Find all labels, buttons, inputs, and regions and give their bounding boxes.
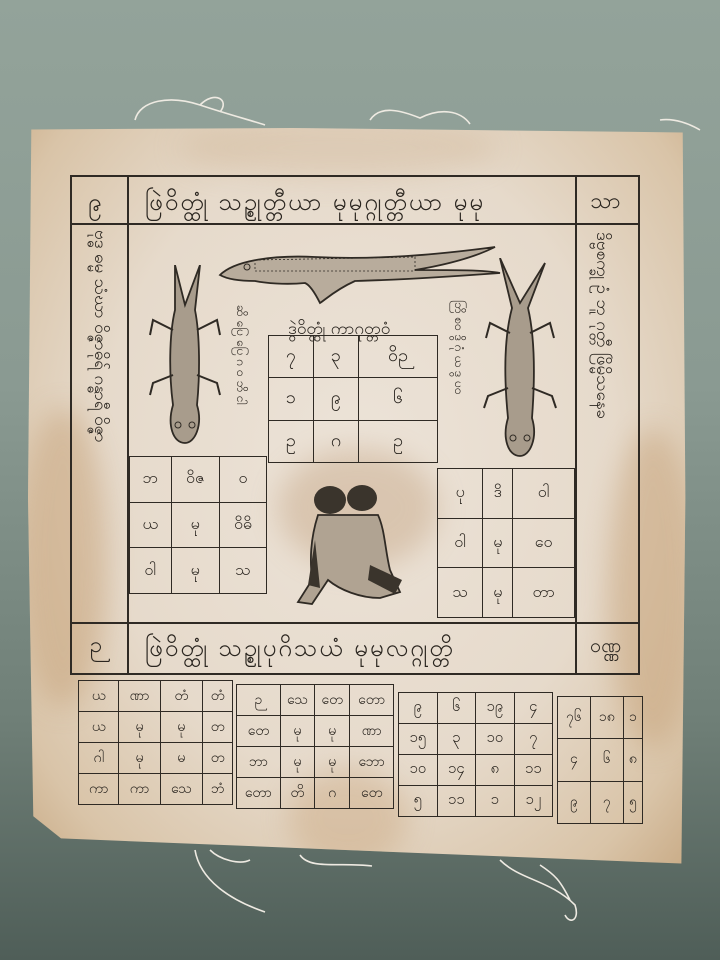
left-middle-grid: ဘဝိဇဝ ယမုဝိဓိ ဝါမုသ	[129, 456, 267, 594]
embracing-couple-illustration	[290, 480, 420, 610]
right-column-text: ဒိဗ္ဗစက္ခု ဥံ ဘူ ဂုတ္တီ ဖြိမ္မိသနေခ	[590, 232, 615, 612]
bottom-mid-grid: ဉသေတေတော တေမုမုဏာ ဘာမုမုဘော တောတိဂတေ	[236, 684, 394, 809]
divider	[575, 175, 577, 675]
right-lizard-illustration	[480, 258, 560, 458]
top-lizard-illustration	[215, 245, 515, 305]
left-column-text: ဗုဒ္ဓ ဓမ္မ သံဃာ ဝိဇ္ဇာဓိုရ် ဂန္ဓာရီ ဝိဇ္…	[88, 230, 113, 610]
header-corner-right: သာ	[590, 186, 620, 219]
left-lizard-illustration	[145, 265, 225, 445]
header-title: ဖြဲဝိတ္ထုံ သဉ္စုတ္တီယာ မုမုဂ္ဂုတ္တီယာ မု…	[145, 186, 485, 222]
center-top-grid: ၇၃ဝိဉ ၁၉၆ ဥဂဥ	[268, 335, 438, 463]
divider	[70, 223, 640, 225]
divider	[127, 175, 129, 675]
divider	[70, 622, 640, 624]
left-lizard-text: ဆိ ပြေ ပြေ ဂ ဝ ဘိ ငါ	[232, 305, 250, 445]
right-middle-grid: ပုဒိဝါ ဝါမုဝေ သမုတာ	[437, 468, 575, 618]
bottom-numbers-grid: ၉၆၁၉၄ ၁၅၃၁၀၇ ၁၀၁၄၈၁၁ ၅၁၁၁၁၂	[398, 692, 553, 817]
footer-band-corner-left: ဉ	[90, 630, 102, 663]
footer-band-corner-right: ဝဏ္ဏ	[590, 632, 621, 662]
footer-band-title: ဖြဲဝိတ္ထုံ သဉ္စုပုဂိသယံ မုမုလဂ္ဂုတ္တိ	[145, 632, 455, 668]
right-lizard-text: ဘြိ စဝ ဒွိ ဂုံ ယ ဒွ ပဝ	[450, 300, 468, 470]
bottom-right-grid: ၇၆၁၈၁ ၄၆၈ ၉၇၅	[557, 696, 643, 824]
bottom-left-grid: ယဏာတံတံ ယမုမုတ ဂါမုမတ ကာကာသေဘံ	[78, 680, 233, 805]
header-corner-left: ၉	[88, 186, 102, 222]
